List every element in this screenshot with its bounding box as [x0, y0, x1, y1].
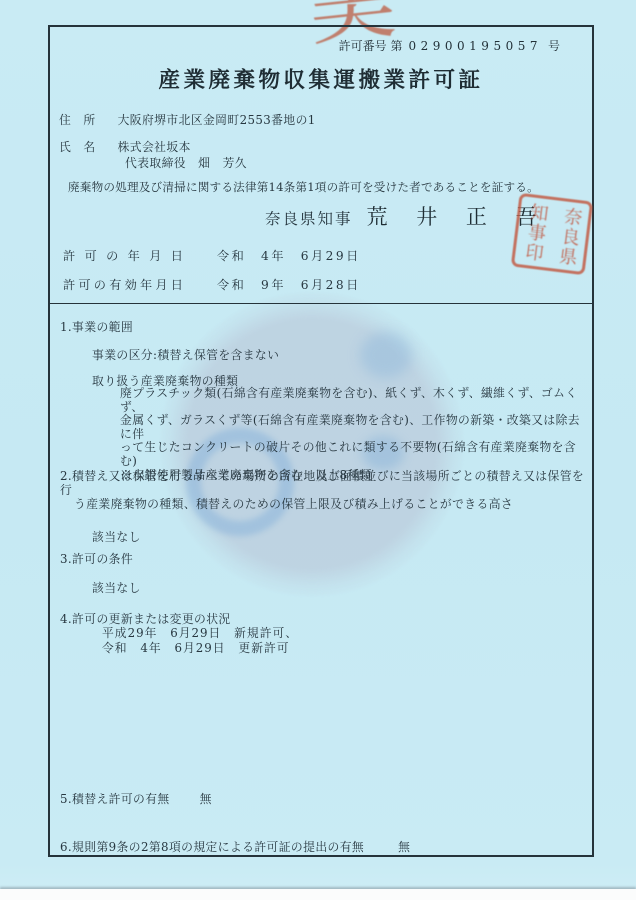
permit-number-line: 許可番号 第02900195057号 [339, 37, 560, 54]
representative-line: 代表取締役 畑 芳久 [125, 154, 247, 171]
section2-heading-line1: 2.積替え又は保管を行うすべての場所の所在地及び面積並びに当該場所ごとの積替え又… [60, 469, 590, 497]
permit-number-label: 許可番号 第 [339, 39, 403, 53]
document-title: 産業廃棄物収集運搬業許可証 [50, 63, 592, 94]
section5-answer: 無 [200, 792, 212, 806]
permit-document-page: 美 許可番号 第02900195057号 産業廃棄物収集運搬業許可証 住 所大阪… [0, 0, 636, 900]
section5-row: 5.積替え許可の有無無 [60, 790, 212, 807]
section1-category: 事業の区分:積替え保管を含まない [92, 346, 279, 363]
permit-number-suffix: 号 [548, 39, 560, 53]
address-label: 住 所 [59, 111, 96, 128]
kinds-line: 廃プラスチック類(石綿含有産業廃棄物を含む)、紙くず、木くず、繊維くず、ゴムくず… [120, 387, 590, 414]
expiry-date-row: 許可の有効年月日 令和 9年 6月28日 [63, 276, 361, 293]
section3-answer: 該当なし [92, 579, 141, 596]
section6-heading: 6.規則第9条の2第8項の規定による許可証の提出の有無 [60, 840, 364, 854]
section1-kinds-list: 廃プラスチック類(石綿含有産業廃棄物を含む)、紙くず、木くず、繊維くず、ゴムくず… [120, 387, 590, 482]
section2-heading: 2.積替え又は保管を行うすべての場所の所在地及び面積並びに当該場所ごとの積替え又… [60, 469, 590, 512]
permit-number-value: 02900195057 [409, 39, 542, 53]
section1-heading: 1.事業の範囲 [60, 318, 133, 335]
header-separator-line [48, 303, 594, 304]
grant-date-label: 許可の年月日 [63, 247, 183, 264]
scan-bottom-edge [0, 889, 636, 900]
document-border-frame: 許可番号 第02900195057号 産業廃棄物収集運搬業許可証 住 所大阪府堺… [48, 25, 594, 857]
grant-date-value: 令和 4年 6月29日 [217, 247, 361, 264]
kinds-line: 金属くず、ガラスくず等(石綿含有産業廃棄物を含む)、工作物の新築・改築又は除去に… [120, 414, 590, 441]
address-value: 大阪府堺市北区金岡町2553番地の1 [118, 113, 316, 127]
grant-date-row: 許可の年月日 令和 4年 6月29日 [63, 247, 361, 264]
section6-answer: 無 [398, 840, 410, 854]
section3-heading: 3.許可の条件 [60, 550, 133, 567]
governor-seal-icon: 奈良県知事印 [511, 193, 593, 275]
company-name: 株式会社坂本 [118, 140, 191, 154]
issuer-line: 奈良県知事 荒 井 正 吾 [265, 201, 548, 231]
address-row: 住 所大阪府堺市北区金岡町2553番地の1 [59, 111, 316, 128]
name-row: 氏 名株式会社坂本 [59, 138, 191, 155]
section6-row: 6.規則第9条の2第8項の規定による許可証の提出の有無無 [60, 838, 410, 855]
certification-statement: 廃棄物の処理及び清掃に関する法律第14条第1項の許可を受けた者であることを証する… [68, 179, 578, 195]
issuer-title: 奈良県知事 [265, 207, 353, 229]
kinds-line: って生じたコンクリートの破片その他これに類する不要物(石綿含有産業廃棄物を含む) [120, 441, 590, 468]
expiry-date-value: 令和 9年 6月28日 [217, 276, 361, 293]
expiry-date-label: 許可の有効年月日 [63, 276, 183, 293]
section2-heading-line2: う産業廃棄物の種類、積替えのための保管上限及び積み上げることができる高さ [74, 497, 590, 511]
section2-answer: 該当なし [92, 528, 141, 545]
section5-heading: 5.積替え許可の有無 [60, 792, 170, 806]
name-label: 氏 名 [59, 138, 96, 155]
section4-history-line: 令和 4年 6月29日 更新許可 [102, 639, 290, 656]
